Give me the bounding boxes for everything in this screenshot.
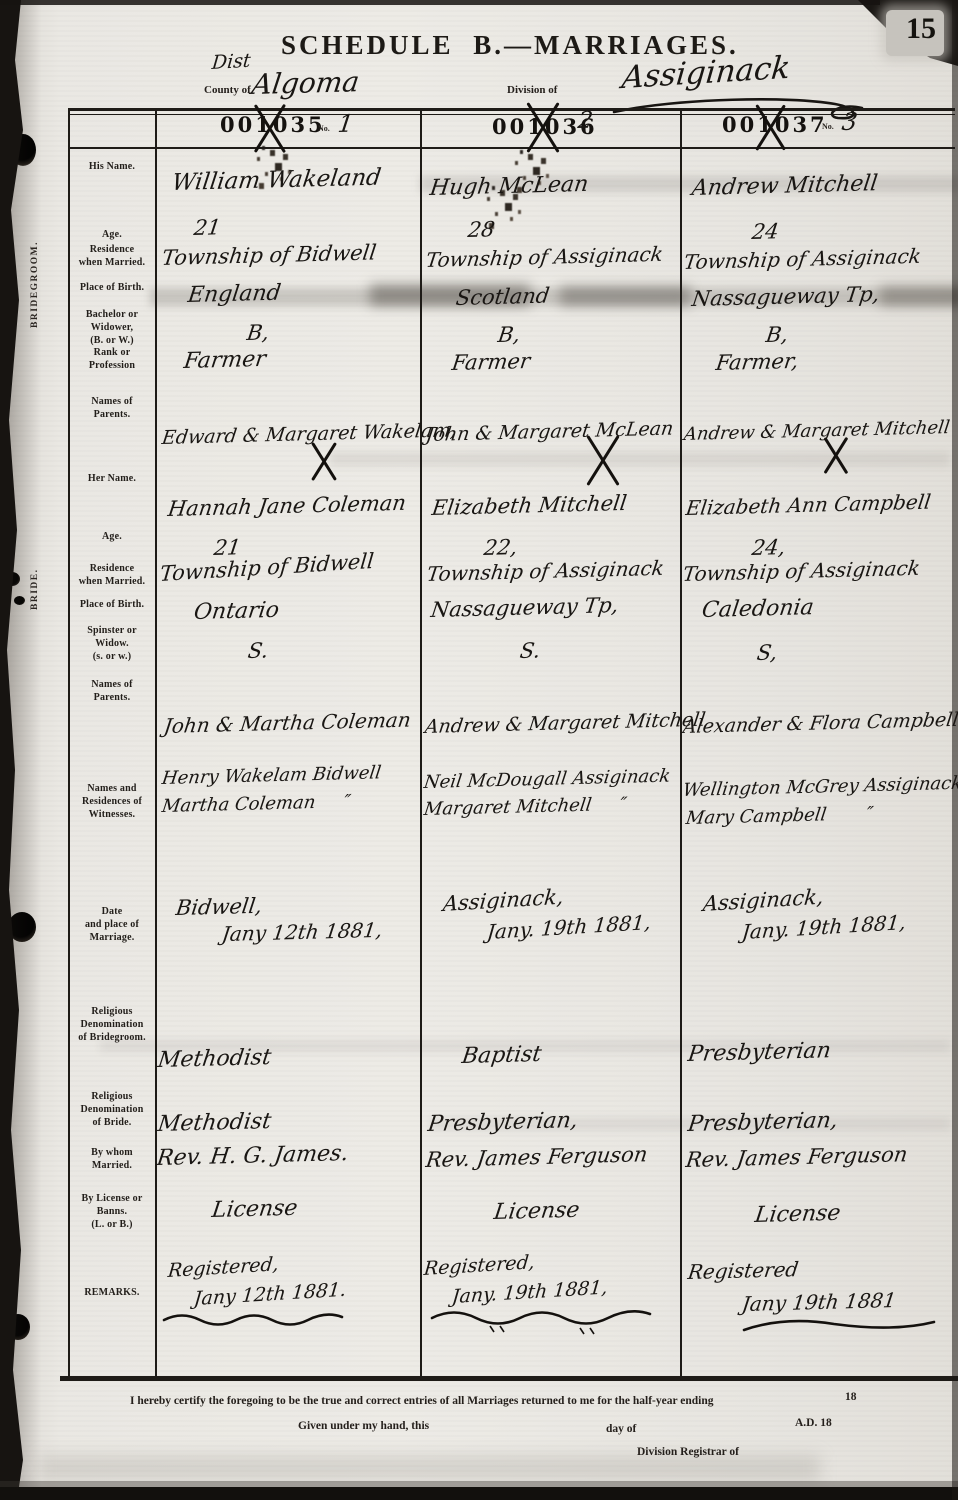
- profession-entry: Farmer,: [714, 349, 800, 375]
- remarks-flourish-2: [430, 1306, 655, 1332]
- license-entry: License: [492, 1198, 581, 1225]
- scanned-marriage-register-page: 15 SCHEDULE B.—MARRIAGES. Dist County of…: [0, 0, 958, 1500]
- label-his-parents: Names of Parents.: [69, 395, 155, 421]
- his-name-entry: Hugh McLean: [428, 172, 590, 201]
- stamp-cross-out-1: [246, 84, 294, 170]
- label-her-name: Her Name.: [69, 472, 155, 485]
- label-denom-bride: Religious Denomination of Bride.: [69, 1090, 155, 1129]
- bottom-edge: [0, 1487, 958, 1500]
- label-denom-groom: Religious Denomination of Bridegroom.: [69, 1005, 155, 1044]
- label-her-residence: Residence when Married.: [69, 562, 155, 588]
- county-label: County of: [204, 84, 251, 96]
- marriage-date-entry: Jany 12th 1881,: [220, 918, 384, 946]
- label-witnesses: Names and Residences of Witnesses.: [69, 782, 155, 821]
- parents-cross-mark-3: [818, 432, 854, 476]
- remarks-line2-entry: Jany 19th 1881: [740, 1288, 897, 1316]
- license-entry: License: [210, 1196, 299, 1223]
- his-name-entry: Andrew Mitchell: [690, 171, 879, 201]
- bachelor-entry: B,: [496, 322, 521, 347]
- top-edge: [0, 0, 880, 5]
- profession-entry: Farmer: [450, 349, 531, 375]
- label-profession: Rank or Profession: [69, 346, 155, 372]
- label-his-birthplace: Place of Birth.: [69, 281, 155, 294]
- label-spinster: Spinster or Widow. (s. or w.): [69, 624, 155, 663]
- his-birthplace-entry: England: [186, 281, 282, 309]
- no-label-1: No.: [318, 124, 330, 133]
- spinster-entry: S,: [755, 640, 778, 665]
- column-divider-3: [680, 108, 682, 1378]
- spinster-entry: S.: [246, 638, 269, 663]
- bachelor-entry: B,: [764, 322, 789, 347]
- parents-cross-mark-2: [578, 430, 628, 488]
- ad-year-label: A.D. 18: [795, 1417, 832, 1429]
- her-birthplace-entry: Caledonia: [700, 595, 815, 623]
- column-divider-1: [155, 108, 157, 1378]
- certify-statement: I hereby certify the foregoing to be the…: [130, 1395, 714, 1407]
- right-edge: [952, 0, 958, 1500]
- label-his-age: Age.: [69, 228, 155, 241]
- denom-groom-entry: Baptist: [460, 1042, 543, 1069]
- column-divider-2: [420, 108, 422, 1378]
- denom-bride-entry: Methodist: [156, 1109, 272, 1137]
- his-age-entry: 21: [192, 215, 222, 240]
- table-bottom-rule: [60, 1376, 958, 1381]
- label-married-by: By whom Married.: [69, 1146, 155, 1172]
- day-of-label: day of: [606, 1423, 636, 1435]
- his-birthplace-entry: Scotland: [454, 284, 551, 311]
- his-age-entry: 24: [750, 219, 780, 244]
- bachelor-entry: B,: [245, 320, 270, 345]
- scan-smudge: [560, 286, 690, 306]
- her-birthplace-entry: Nassagueway Tp,: [429, 593, 620, 622]
- spinster-entry: S.: [518, 638, 541, 663]
- no-label-3: No.: [822, 122, 834, 131]
- label-marriage: Date and place of Marriage.: [69, 905, 155, 944]
- her-birthplace-entry: Ontario: [192, 598, 280, 625]
- scan-band: [40, 1455, 820, 1481]
- remarks-line1-entry: Registered: [686, 1257, 800, 1284]
- entry-number-2: 2: [576, 108, 594, 134]
- label-her-parents: Names of Parents.: [69, 678, 155, 704]
- label-her-age: Age.: [69, 530, 155, 543]
- remarks-flourish-1: [162, 1310, 347, 1332]
- her-age-entry: 24,: [750, 535, 787, 560]
- marriage-place-entry: Bidwell,: [174, 894, 263, 920]
- label-his-name: His Name.: [69, 160, 155, 173]
- denom-bride-entry: Presbyterian,: [426, 1108, 579, 1137]
- header-row-rule: [68, 147, 955, 149]
- profession-entry: Farmer: [182, 347, 267, 374]
- scan-smudge: [880, 286, 958, 306]
- label-license: By License or Banns. (L. or B.): [69, 1192, 155, 1231]
- label-his-residence: Residence when Married.: [69, 243, 155, 269]
- division-registrar-label: Division Registrar of: [637, 1446, 739, 1458]
- his-age-entry: 28: [466, 217, 496, 242]
- label-bachelor: Bachelor or Widower, (B. or W.): [69, 308, 155, 347]
- table-top-rule: [68, 108, 955, 111]
- stamp-cross-out-2: [518, 82, 568, 170]
- stamp-cross-out-3: [748, 84, 794, 168]
- page-number: 15: [906, 12, 936, 46]
- parents-cross-mark-1: [305, 438, 343, 482]
- his-name-entry: William Wakeland: [170, 164, 382, 196]
- license-entry: License: [753, 1201, 842, 1228]
- given-under-hand: Given under my hand, this: [298, 1420, 429, 1432]
- remarks-flourish-3: [742, 1316, 937, 1338]
- certify-year-blank: 18: [845, 1391, 857, 1403]
- denom-bride-entry: Presbyterian,: [686, 1108, 839, 1137]
- label-remarks: REMARKS.: [69, 1286, 155, 1299]
- scan-band: [330, 452, 950, 466]
- denom-groom-entry: Methodist: [156, 1045, 272, 1073]
- his-birthplace-entry: Nassagueway Tp,: [690, 282, 881, 311]
- label-her-birthplace: Place of Birth.: [69, 598, 155, 611]
- denom-groom-entry: Presbyterian: [686, 1038, 832, 1067]
- married-by-entry: Rev. H. G. James.: [155, 1141, 350, 1171]
- table-left-border: [68, 108, 70, 1378]
- district-note-handwritten: Dist: [211, 50, 252, 75]
- her-age-entry: 22,: [482, 535, 519, 560]
